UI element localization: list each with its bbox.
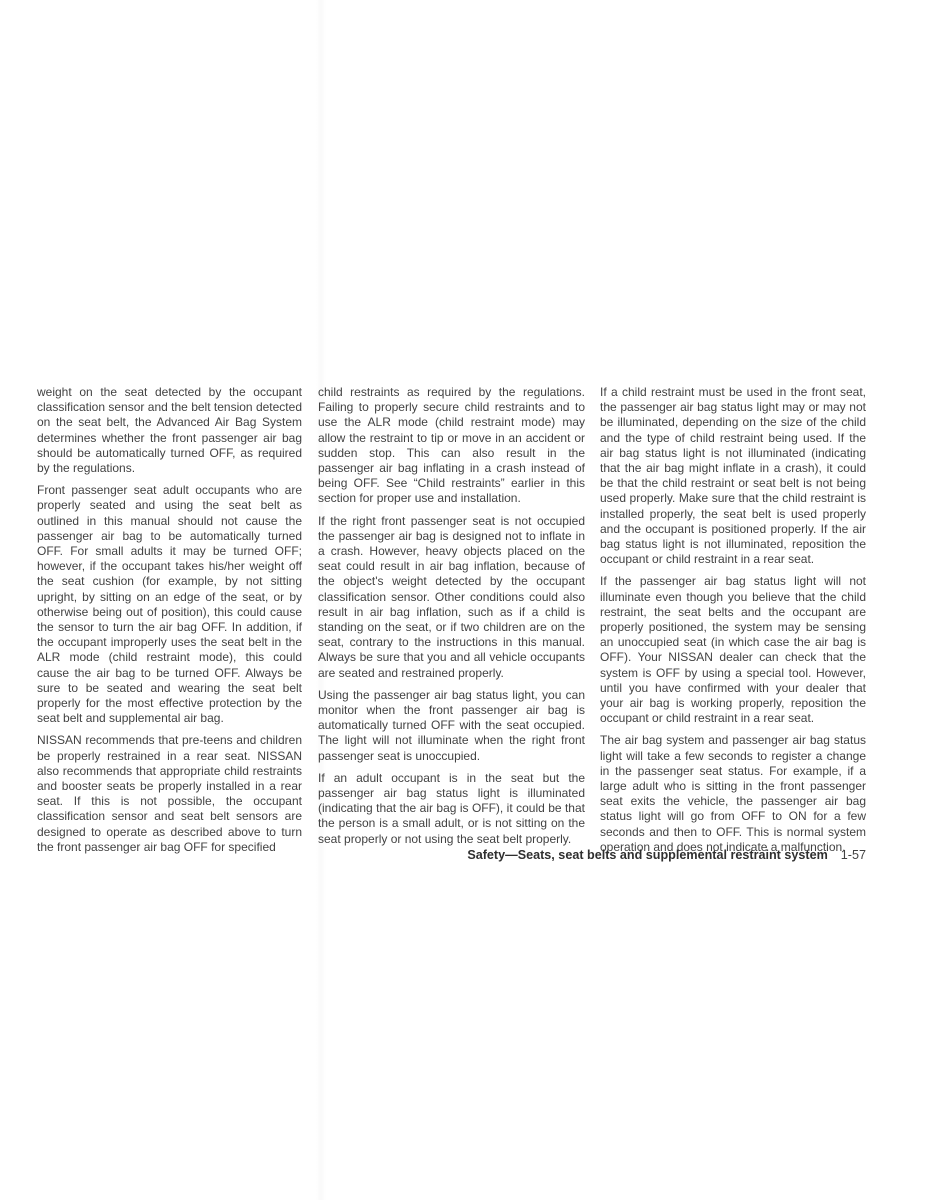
footer-section-title: Safety—Seats, seat belts and supplementa… [467,848,827,862]
paragraph: Using the passenger air bag status light… [318,688,585,764]
paragraph: The air bag system and passenger air bag… [600,733,866,855]
page-footer: Safety—Seats, seat belts and supplementa… [467,848,866,862]
paragraph: If the passenger air bag status light wi… [600,574,866,726]
paragraph: child restraints as required by the regu… [318,385,585,507]
manual-page: weight on the seat detected by the occup… [0,0,927,1200]
paragraph: NISSAN recommends that pre-teens and chi… [37,733,302,855]
text-column-right: If a child restraint must be used in the… [600,385,866,855]
paragraph: weight on the seat detected by the occup… [37,385,302,476]
text-column-left: weight on the seat detected by the occup… [37,385,302,855]
paragraph: Front passenger seat adult occupants who… [37,483,302,726]
paragraph: If the right front passenger seat is not… [318,514,585,681]
text-column-middle: child restraints as required by the regu… [318,385,585,847]
footer-page-number: 1-57 [841,848,866,862]
paragraph: If a child restraint must be used in the… [600,385,866,567]
paragraph: If an adult occupant is in the seat but … [318,771,585,847]
